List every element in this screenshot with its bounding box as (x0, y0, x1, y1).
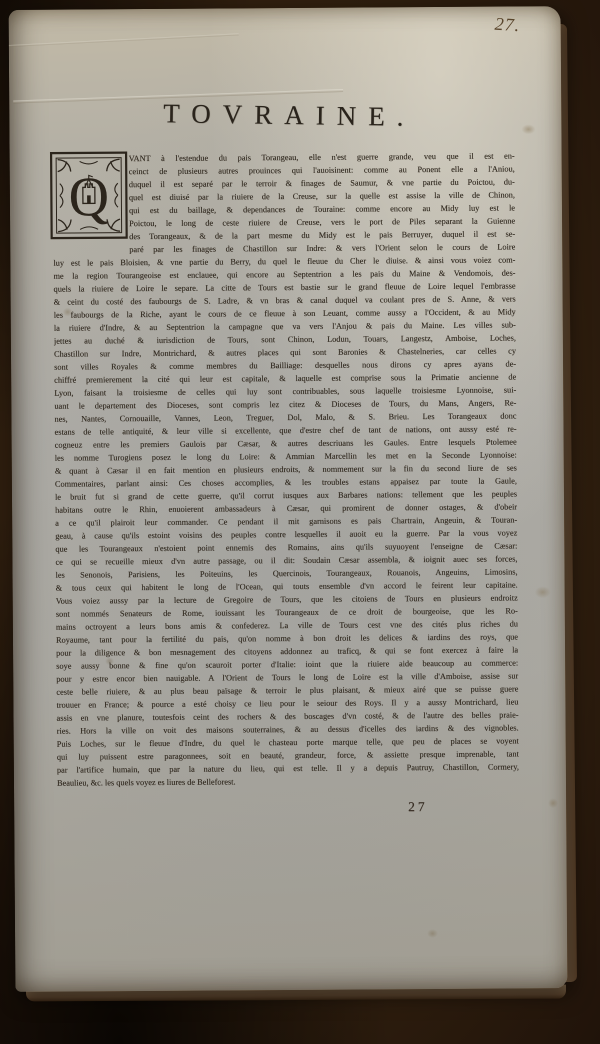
text-line: Beaulieu, &c. les quels voyez es liures … (57, 773, 519, 789)
foxing-stain (548, 798, 558, 808)
paper-crease (9, 33, 239, 47)
foxing-stain (427, 929, 438, 938)
foxing-stain (535, 586, 551, 598)
book-page: 27. TOVRAINE. Q VANT à l'estendue du pai… (9, 6, 568, 992)
printed-folio-number: 27 (408, 799, 428, 815)
foxing-stain (521, 124, 535, 134)
handwritten-folio-number: 27. (494, 14, 521, 37)
body-text: VANT à l'estendue du pais Torangeau, ell… (53, 149, 519, 789)
book-photo: 27. TOVRAINE. Q VANT à l'estendue du pai… (0, 0, 600, 1044)
page-title: TOVRAINE. (99, 97, 479, 133)
